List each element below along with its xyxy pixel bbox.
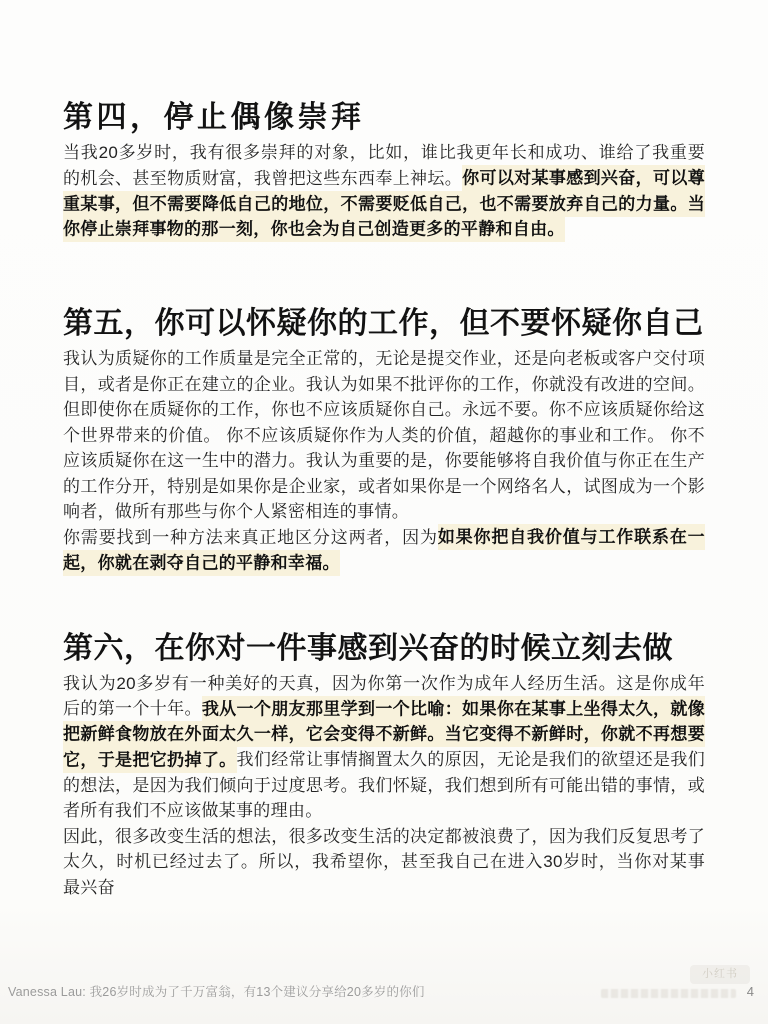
section-4-paragraph-1: 当我20多岁时，我有很多崇拜的对象，比如，谁比我更年长和成功、谁给了我重要的机会…: [63, 140, 705, 242]
section-5-paragraph-1: 我认为质疑你的工作质量是完全正常的，无论是提交作业，还是向老板或客户交付项目，或…: [63, 346, 705, 525]
section-6-heading: 第六，在你对一件事感到兴奋的时候立刻去做: [63, 627, 705, 671]
section-6-paragraph-2: 因此，很多改变生活的想法，很多改变生活的决定都被浪费了，因为我们反复思考了太久，…: [63, 824, 705, 901]
section-6: 第六，在你对一件事感到兴奋的时候立刻去做 我认为20多岁有一种美好的天真，因为你…: [63, 627, 705, 901]
text-run: 我认为质疑你的工作质量是完全正常的，无论是提交作业，还是向老板或客户交付项目，或…: [63, 349, 705, 521]
section-5: 第五，你可以怀疑你的工作，但不要怀疑你自己 我认为质疑你的工作质量是完全正常的，…: [63, 302, 705, 576]
section-6-paragraph-1: 我认为20多岁有一种美好的天真，因为你第一次作为成年人经历生活。这是你成年后的第…: [63, 671, 705, 824]
section-4: 第四，停止偶像崇拜 当我20多岁时，我有很多崇拜的对象，比如，谁比我更年长和成功…: [63, 96, 705, 242]
text-run: 因此，很多改变生活的想法，很多改变生活的决定都被浪费了，因为我们反复思考了太久，…: [63, 827, 705, 897]
page-footer: Vanessa Lau: 我26岁时成为了千万富翁，有13个建议分享给20多岁的…: [8, 982, 754, 1000]
footer-source: Vanessa Lau: 我26岁时成为了千万富翁，有13个建议分享给20多岁的…: [8, 982, 425, 1000]
section-5-heading: 第五，你可以怀疑你的工作，但不要怀疑你自己: [63, 302, 705, 346]
section-4-heading: 第四，停止偶像崇拜: [63, 96, 705, 140]
document-page: 第四，停止偶像崇拜 当我20多岁时，我有很多崇拜的对象，比如，谁比我更年长和成功…: [0, 0, 768, 1024]
article: 第四，停止偶像崇拜 当我20多岁时，我有很多崇拜的对象，比如，谁比我更年长和成功…: [0, 96, 768, 900]
section-5-paragraph-2: 你需要找到一种方法来真正地区分这两者，因为如果你把自我价值与工作联系在一起，你就…: [63, 525, 705, 576]
text-run: 你需要找到一种方法来真正地区分这两者，因为: [63, 528, 438, 547]
page-number: 4: [747, 984, 754, 999]
